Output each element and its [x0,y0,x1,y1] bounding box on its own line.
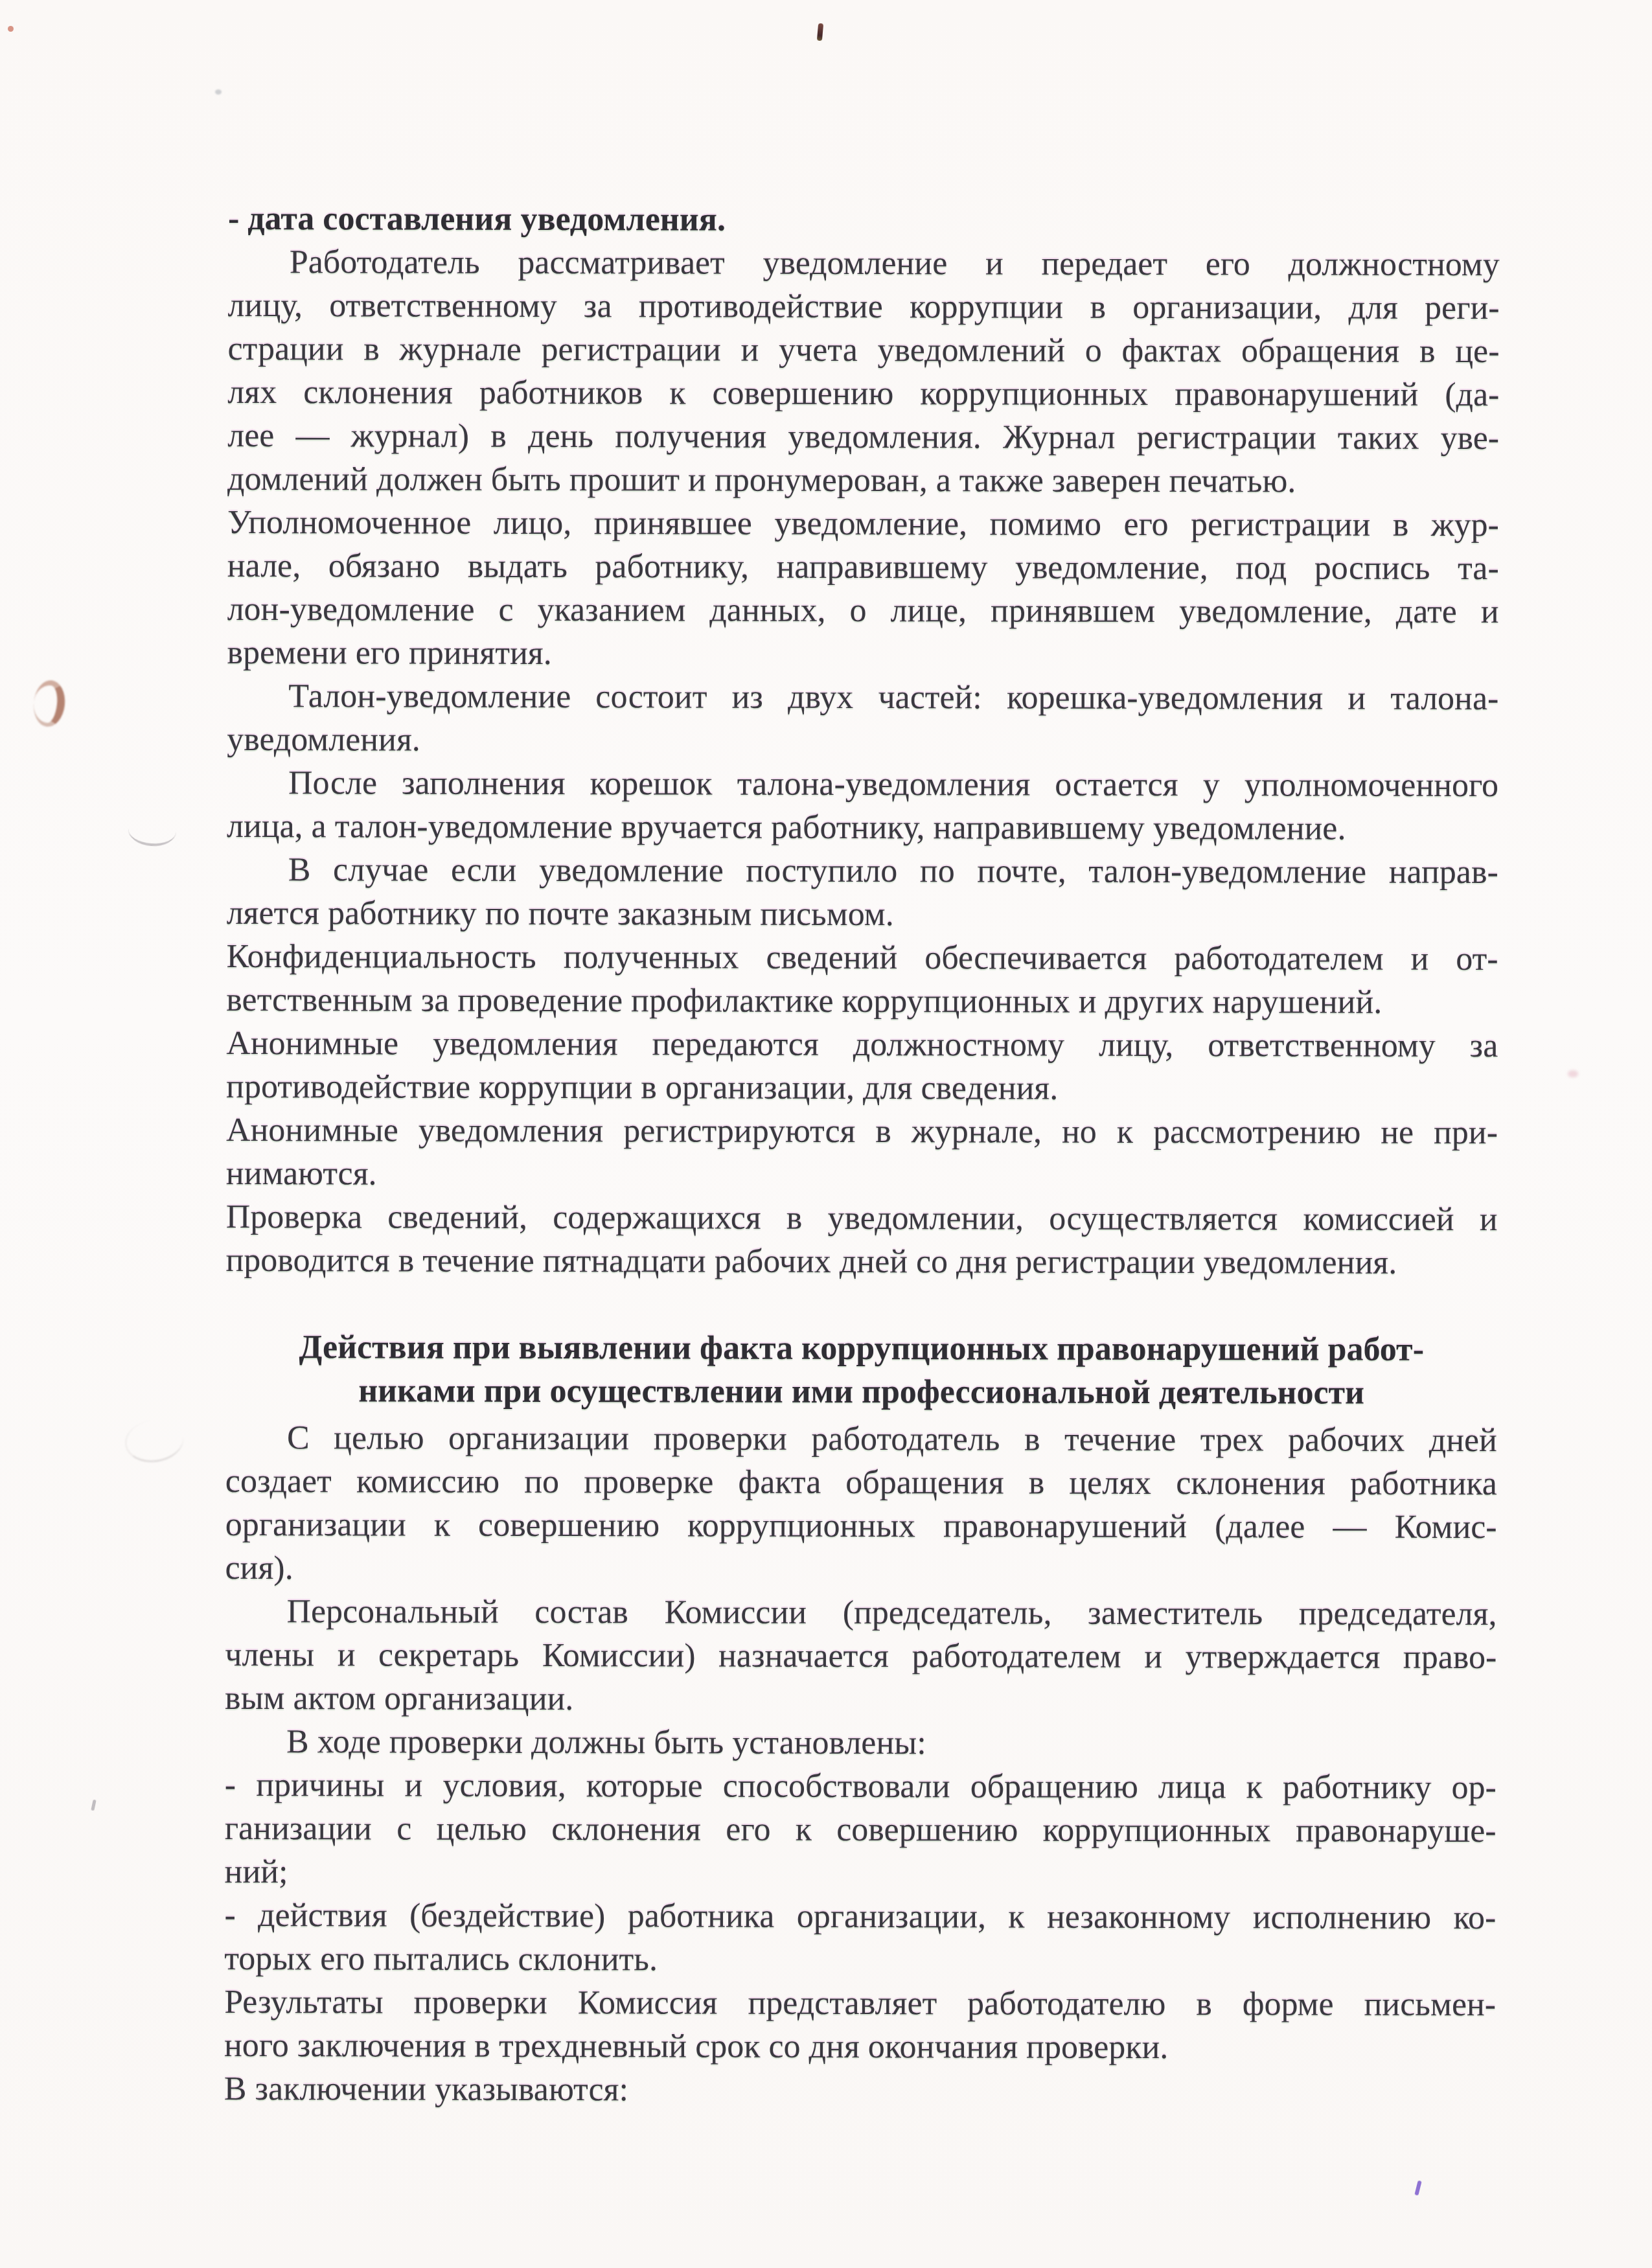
paragraph: - причины и условия, которые способствов… [225,1763,1497,1896]
speck-topleft-mark [8,26,14,32]
scanned-document-page: { "page": { "kind": "scanned-text-docume… [0,0,1652,2268]
paragraph: Работодатель рассматривает уведомление и… [227,240,1500,503]
text-line: торых его пытались склонить. [224,1937,1496,1983]
text-line: сия). [225,1546,1497,1592]
text-line: нале, обязано выдать работнику, направив… [227,544,1499,590]
paragraph: Персональный состав Комиссии (председате… [225,1590,1497,1723]
text-line: домлений должен быть прошит и пронумеров… [227,457,1499,503]
text-line: С целью организации проверки работодател… [225,1416,1497,1462]
text-line: После заполнения корешок талона-уведомле… [227,761,1498,807]
text-line: нимаются. [226,1152,1498,1198]
text-line: Персональный состав Комиссии (председате… [225,1590,1497,1636]
paragraph: В заключении указываются: [224,2067,1496,2113]
text-line: никами при осуществлении ими профессиона… [225,1369,1497,1415]
text-line: Действия при выявлении факта коррупционн… [225,1325,1497,1371]
paragraph: Анонимные уведомления передаются должнос… [226,1022,1498,1111]
pencil-arc-mark [127,813,177,847]
text-line: ного заключения в трехдневный срок со дн… [224,2024,1496,2070]
text-line: Анонимные уведомления регистрируются в ж… [226,1108,1498,1154]
text-line: страции в журнале регистрации и учета ув… [227,327,1499,373]
text-line: Конфиденциальность полученных сведений о… [226,935,1498,981]
text-line: лицу, ответственному за противодействие … [228,284,1500,330]
tick-gray-mark [91,1800,96,1811]
paragraph: - действия (бездействие) работника орган… [224,1894,1496,1983]
list-item-heading: - дата составления уведомления. [228,197,1500,243]
paper-crease-mark [122,1416,186,1466]
text-line: - действия (бездействие) работника орган… [224,1894,1496,1940]
text-line: ний; [225,1850,1497,1896]
text-line: Уполномоченное лицо, принявшее уведомлен… [227,501,1499,547]
text-line: - дата составления уведомления. [228,197,1500,243]
text-line: противодействие коррупции в организации,… [226,1065,1498,1111]
text-line: - причины и условия, которые способствов… [225,1763,1497,1809]
section-heading: Действия при выявлении факта коррупционн… [225,1325,1497,1415]
paragraph: В случае если уведомление поступило по п… [227,848,1498,937]
paragraph: После заполнения корешок талона-уведомле… [227,761,1498,851]
text-line: Анонимные уведомления передаются должнос… [226,1022,1498,1068]
text-line: В заключении указываются: [224,2067,1496,2113]
text-line: В случае если уведомление поступило по п… [227,848,1498,894]
text-line: времени его принятия. [227,631,1498,677]
text-line: ветственным за проведение профилактике к… [226,978,1498,1024]
text-line: лон-уведомление с указанием данных, о ли… [227,588,1499,634]
text-line: лее — журнал) в день получения уведомлен… [227,414,1499,460]
speck-top-mark [817,23,823,41]
text-line: лица, а талон-уведомление вручается рабо… [227,805,1498,851]
text-line: Талон-уведомление состоит из двух частей… [227,674,1498,720]
purple-tick-mark [1414,2181,1421,2196]
paragraph: Результаты проверки Комиссия представляе… [224,1980,1496,2070]
text-line: лях склонения работников к совершению ко… [227,371,1499,417]
paragraph: Уполномоченное лицо, принявшее уведомлен… [227,501,1499,677]
text-line: ляется работнику по почте заказным письм… [227,891,1498,937]
stain-crescent-mark [31,679,67,729]
paragraph: В ходе проверки должны быть установлены: [225,1720,1497,1766]
text-line: уведомления. [227,718,1498,764]
document-text: - дата составления уведомления.Работодат… [224,197,1500,2113]
paragraph: Конфиденциальность полученных сведений о… [226,935,1498,1024]
text-line: проводится в течение пятнадцати рабочих … [225,1239,1497,1285]
text-line: вым актом организации. [225,1677,1497,1723]
paragraph: Проверка сведений, содержащихся в уведом… [225,1195,1497,1285]
text-line: организации к совершению коррупционных п… [225,1503,1497,1549]
fleck-gray-mark [215,89,222,95]
text-line: Проверка сведений, содержащихся в уведом… [226,1195,1498,1241]
text-line: Результаты проверки Комиссия представляе… [224,1980,1496,2026]
page-background: - дата составления уведомления.Работодат… [0,0,1652,2268]
text-line: создает комиссию по проверке факта обращ… [225,1460,1497,1506]
text-line: Работодатель рассматривает уведомление и… [228,240,1500,286]
text-line: ганизации с целью склонения его к соверш… [225,1807,1497,1853]
smudge-pink-mark [1568,1070,1578,1077]
text-line: члены и секретарь Комиссии) назначается … [225,1633,1497,1679]
paragraph: Талон-уведомление состоит из двух частей… [227,674,1498,764]
paragraph: С целью организации проверки работодател… [225,1416,1497,1592]
paragraph: Анонимные уведомления регистрируются в ж… [226,1108,1498,1198]
text-line: В ходе проверки должны быть установлены: [225,1720,1497,1766]
